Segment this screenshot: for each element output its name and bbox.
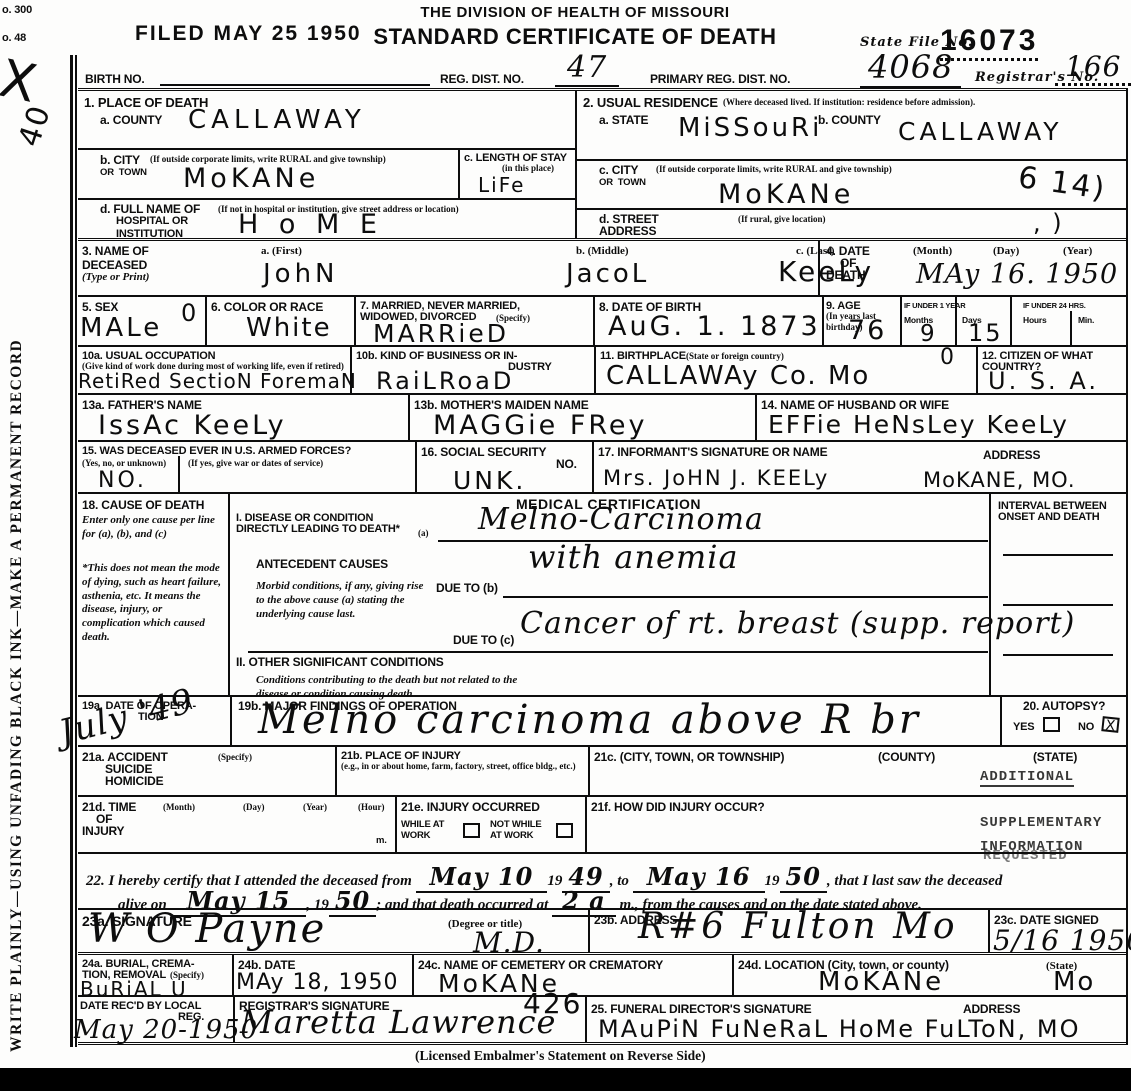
middle-name-label: b. (Middle) xyxy=(576,245,629,258)
location-state-value: Mo xyxy=(1053,967,1095,997)
disease-a-label: (a) xyxy=(418,528,429,539)
interval-blank-3 xyxy=(1003,654,1113,656)
race-value: White xyxy=(246,313,332,343)
informant-value: Mrs. JoHN J. KEELy xyxy=(603,466,829,490)
birthplace-value: CALLAWAy Co. Mo xyxy=(606,361,870,391)
divider-cause-medical xyxy=(228,494,230,695)
time-month-label: (Month) xyxy=(163,802,195,813)
place-injury-note: (e.g., in or about home, farm, factory, … xyxy=(341,761,581,772)
residence-county-label: b. COUNTY xyxy=(818,113,881,127)
row-occupation: 10a. USUAL OCCUPATION (Give kind of work… xyxy=(78,345,1128,393)
married-value: MARRieD xyxy=(373,319,509,348)
county-value: CALLAWAY xyxy=(188,105,366,135)
reg-dist-value: 47 xyxy=(555,50,619,87)
accident-label-3: HOMICIDE xyxy=(105,774,163,788)
burial-date-value: MAy 18, 1950 xyxy=(236,970,399,995)
divider-hours-min xyxy=(1070,311,1072,345)
informant-label: 17. INFORMANT'S SIGNATURE OR NAME xyxy=(598,445,827,459)
dod-month-label: (Month) xyxy=(913,245,952,258)
divider-date-cemetery xyxy=(412,955,414,995)
under-1yr-label: IF UNDER 1 YEAR xyxy=(904,301,1004,310)
row-vitals: 5. SEX MALe 0 6. COLOR OR RACE White 7. … xyxy=(78,295,1128,345)
divider-birthplace-citizen xyxy=(976,347,978,393)
industry-label: 10b. KIND OF BUSINESS OR IN- xyxy=(356,350,517,363)
divider-place-city xyxy=(588,747,590,795)
residence-city-note: (If outside corporate limits, write RURA… xyxy=(656,164,986,175)
other-conditions-label: II. OTHER SIGNIFICANT CONDITIONS xyxy=(236,656,444,670)
residence-city-value: MoKANe xyxy=(718,179,854,210)
row-place-residence: 1. PLACE OF DEATH a. COUNTY CALLAWAY b. … xyxy=(78,88,1128,238)
row-time-injury: 21d. TIME OF INJURY (Month) (Day) (Year)… xyxy=(78,795,1128,852)
industry-value: RaiLRoaD xyxy=(376,367,514,395)
divider-regsig-fd xyxy=(585,997,587,1042)
residence-city-scribble: 6 14) xyxy=(1016,160,1109,207)
not-while-at-work-checkbox xyxy=(556,823,573,838)
stay-value: LiFe xyxy=(478,173,525,197)
certificate-title: STANDARD CERTIFICATE OF DEATH xyxy=(295,24,855,50)
first-name-label: a. (First) xyxy=(261,245,302,258)
dob-value: AuG. 1. 1873 xyxy=(608,311,821,342)
residence-county-value: CALLAWAY xyxy=(898,117,1063,146)
registrar-extra-number: 426 xyxy=(523,987,582,1020)
industry-label-2: DUSTRY xyxy=(508,361,552,374)
sex-scribble: 0 xyxy=(181,299,198,327)
row-signature: 23a. SIGNATURE W O Payne (Degree or titl… xyxy=(78,908,1128,952)
birth-no-label: BIRTH NO. xyxy=(85,72,145,86)
armed-forces-note-2: (If yes, give war or dates of service) xyxy=(188,458,323,469)
autopsy-no-label: NO xyxy=(1078,721,1094,734)
street-note: (If rural, give location) xyxy=(738,214,825,225)
fd-address-label: ADDRESS xyxy=(963,1002,1020,1016)
address-23b-value: R#6 Fulton Mo xyxy=(638,906,958,947)
divider-city-stay xyxy=(458,148,460,198)
armed-forces-value: NO. xyxy=(98,468,147,493)
hospital-label: d. FULL NAME OF xyxy=(100,202,200,216)
location-value: MoKANe xyxy=(818,967,944,997)
divider-sig-addr xyxy=(588,910,590,952)
dod-day-label: (Day) xyxy=(993,245,1019,258)
date-recd-value: May 20-1950 xyxy=(74,1015,258,1045)
residence-or-town-label: OR TOWN xyxy=(599,177,646,188)
divider-days-hours xyxy=(1010,297,1012,345)
reg-dist-label: REG. DIST. NO. xyxy=(440,72,524,86)
antecedent-label: ANTECEDENT CAUSES xyxy=(256,558,388,572)
hours-label: Hours xyxy=(1023,315,1047,325)
informant-address-label: ADDRESS xyxy=(983,448,1040,462)
injury-state-label: (STATE) xyxy=(1033,750,1077,764)
divider-mother-spouse xyxy=(755,395,757,440)
cause-note-1: Enter only one cause per line for (a), (… xyxy=(82,514,222,542)
due-to-c-value: Cancer of rt. breast (supp. report) xyxy=(520,606,1075,641)
divider-occurred-how xyxy=(585,797,587,852)
dod-value: MAy 16. 1950 xyxy=(916,259,1118,290)
residence-state-value: MiSSouRi xyxy=(678,113,822,143)
sex-label: 5. SEX xyxy=(82,300,118,314)
under-24hrs-label: IF UNDER 24 HRS. xyxy=(1023,301,1086,310)
city-label: b. CITY xyxy=(100,153,140,167)
months-value: 9 xyxy=(920,321,937,347)
antecedent-note: Morbid conditions, if any, giving rise t… xyxy=(256,580,431,621)
days-value: 15 xyxy=(968,319,1003,347)
row-family: 13a. FATHER'S NAME IssAc KeeLy 13b. MOTH… xyxy=(78,393,1128,440)
residence-city-label: c. CITY xyxy=(599,163,638,177)
street-scribble: , ) xyxy=(1033,209,1064,237)
interval-blank-2 xyxy=(1003,604,1113,606)
injury-city-label: 21c. (CITY, TOWN, OR TOWNSHIP) xyxy=(594,750,784,764)
divider-time-occurred xyxy=(395,797,397,852)
county-label: a. COUNTY xyxy=(100,113,162,127)
birth-no-blank xyxy=(160,84,430,86)
race-label: 6. COLOR OR RACE xyxy=(211,300,323,314)
row-burial: 24a. BURIAL, CREMA- TION, REMOVAL (Speci… xyxy=(78,952,1128,995)
hospital-value: H o M E xyxy=(238,209,383,240)
cause-note-2: *This does not mean the mode of dying, s… xyxy=(82,562,222,645)
dod-label-3: DEATH xyxy=(826,268,865,282)
ssn-label-2: NO. xyxy=(556,457,577,471)
dod-year-label: (Year) xyxy=(1063,245,1092,258)
father-value: IssAc KeeLy xyxy=(98,410,287,441)
margin-mark-1: o. 300 xyxy=(2,4,32,17)
pod-line-2 xyxy=(78,198,575,200)
ssn-label: 16. SOCIAL SECURITY xyxy=(421,445,546,459)
sex-value: MALe xyxy=(80,313,162,343)
interval-blank-1 xyxy=(1003,554,1113,556)
divider-armed-inner xyxy=(178,456,180,494)
due-to-c-label: DUE TO (c) xyxy=(453,634,514,648)
row-service: 15. WAS DECEASED EVER IN U.S. ARMED FORC… xyxy=(78,440,1128,492)
autopsy-no-checkbox: X xyxy=(1101,716,1119,733)
divider-race-married xyxy=(354,297,356,345)
name-deceased-label: 3. NAME OF DECEASED xyxy=(82,244,202,272)
row-certification: REQUESTED 22. I hereby certify that I at… xyxy=(78,852,1128,908)
stamp-supplementary: SUPPLEMENTARY xyxy=(980,815,1102,831)
occupation-value: RetiRed SectioN ForemaN xyxy=(78,369,357,393)
how-injury-label: 21f. HOW DID INJURY OCCUR? xyxy=(591,800,764,814)
usual-residence-title: 2. USUAL RESIDENCE xyxy=(583,95,718,110)
type-or-print-note: (Type or Print) xyxy=(82,271,149,285)
row-registration: DATE REC'D BY LOCAL REG. May 20-1950 REG… xyxy=(78,995,1128,1045)
row-cause-of-death: 18. CAUSE OF DEATH Enter only one cause … xyxy=(78,492,1128,695)
res-line-1 xyxy=(575,159,1128,161)
citizen-value: U. S. A. xyxy=(988,367,1099,395)
row-name-dod: 3. NAME OF DECEASED (Type or Print) a. (… xyxy=(78,238,1128,295)
primary-reg-label: PRIMARY REG. DIST. NO. xyxy=(650,72,790,86)
spouse-value: EFFie HeNsLey KeeLy xyxy=(768,410,1069,439)
findings-value: Melno carcinoma above R br xyxy=(258,697,921,743)
due-c-blank-line xyxy=(248,651,988,653)
divider-burial-date xyxy=(232,955,234,995)
divider-dob-age xyxy=(822,297,824,345)
registrar-sig-value: Maretta Lawrence xyxy=(240,1003,556,1041)
usual-residence-note: (Where deceased lived. If institution: r… xyxy=(723,97,1123,108)
first-name-value: JohN xyxy=(263,259,339,289)
scan-bottom-bar xyxy=(0,1068,1131,1091)
disease-value: Melno-Carcinoma xyxy=(478,502,764,537)
street-label-2: ADDRESS xyxy=(599,224,656,238)
divider-addr-date xyxy=(988,910,990,952)
age-value: 76 xyxy=(848,315,886,346)
pod-line-1 xyxy=(78,148,575,150)
margin-vertical-instruction: WRITE PLAINLY—USING UNFADING BLACK INK—M… xyxy=(8,339,26,1052)
row-operation: 19a. DATE OF OPERA- TION July '49 19b. M… xyxy=(78,695,1128,745)
hospital-label-2: HOSPITAL OR INSTITUTION xyxy=(116,215,206,240)
birthplace-scribble: 0 xyxy=(940,345,956,370)
division-title: THE DIVISION OF HEALTH OF MISSOURI xyxy=(295,4,855,21)
divider-findings-autopsy xyxy=(1000,697,1002,745)
divider-ssn-informant xyxy=(592,442,594,492)
middle-name-value: JacoL xyxy=(566,259,649,289)
time-m-label: m. xyxy=(376,835,387,846)
informant-address-value: MoKANE, MO. xyxy=(923,468,1076,492)
row-accident: 21a. ACCIDENT SUICIDE HOMICIDE (Specify)… xyxy=(78,745,1128,795)
autopsy-yes-checkbox xyxy=(1043,717,1060,732)
divider-married-dob xyxy=(593,297,595,345)
primary-reg-value: 4068 xyxy=(860,48,961,88)
divider-1-2 xyxy=(575,91,577,238)
due-to-b-label: DUE TO (b) xyxy=(436,582,498,596)
embalmer-note: (Licensed Embalmer's Statement on Revers… xyxy=(415,1048,706,1064)
city-value: MoKANe xyxy=(183,163,319,194)
while-at-work-label: WHILE AT WORK xyxy=(401,819,461,841)
margin-mark-2: o. 48 xyxy=(2,32,26,45)
not-while-at-work-label: NOT WHILE AT WORK xyxy=(490,819,554,841)
divider-sex-race xyxy=(205,297,207,345)
accident-note: (Specify) xyxy=(218,752,252,763)
signature-value: W O Payne xyxy=(88,906,326,952)
time-hour-label: (Hour) xyxy=(358,802,385,813)
divider-age-months xyxy=(900,297,902,345)
disease-value-2: with anemia xyxy=(528,538,739,576)
time-day-label: (Day) xyxy=(243,802,265,813)
funeral-director-value: MAuPiN FuNeRaL HoMe FuLToN, MO xyxy=(598,1015,1080,1043)
divider-acc-place xyxy=(335,747,337,795)
injury-county-label: (COUNTY) xyxy=(878,750,935,764)
divider-ind-birthplace xyxy=(594,347,596,393)
time-injury-label-3: INJURY xyxy=(82,824,124,838)
divider-armed-ssn xyxy=(415,442,417,492)
ssn-value: UNK. xyxy=(453,466,526,495)
divider-medical-interval xyxy=(989,494,991,695)
autopsy-yes-label: YES xyxy=(1013,721,1034,734)
city-or-town-label: OR TOWN xyxy=(100,167,147,178)
time-year-label: (Year) xyxy=(303,802,327,813)
disease-label-2: DIRECTLY LEADING TO DEATH* xyxy=(236,523,400,536)
residence-state-label: a. STATE xyxy=(599,113,648,127)
min-label: Min. xyxy=(1078,315,1094,325)
armed-forces-label: 15. WAS DECEASED EVER IN U.S. ARMED FORC… xyxy=(82,445,351,458)
registrar-no-value: 166 xyxy=(1055,50,1131,86)
mother-value: MAGGie FRey xyxy=(433,410,648,441)
due-b-blank-line xyxy=(503,596,988,598)
autopsy-label: 20. AUTOPSY? xyxy=(1023,700,1105,714)
injury-occurred-label: 21e. INJURY OCCURRED xyxy=(401,800,540,814)
cause-of-death-label: 18. CAUSE OF DEATH xyxy=(82,498,204,512)
funeral-director-label: 25. FUNERAL DIRECTOR'S SIGNATURE xyxy=(591,1002,811,1016)
divider-father-mother xyxy=(408,395,410,440)
while-at-work-checkbox xyxy=(463,823,480,838)
divider-cemetery-location xyxy=(732,955,734,995)
stamp-additional: ADDITIONAL xyxy=(980,769,1074,787)
form-left-double-rule xyxy=(70,55,77,1047)
divider-opdate-findings xyxy=(230,697,232,745)
interval-label-2: ONSET AND DEATH xyxy=(998,511,1100,524)
